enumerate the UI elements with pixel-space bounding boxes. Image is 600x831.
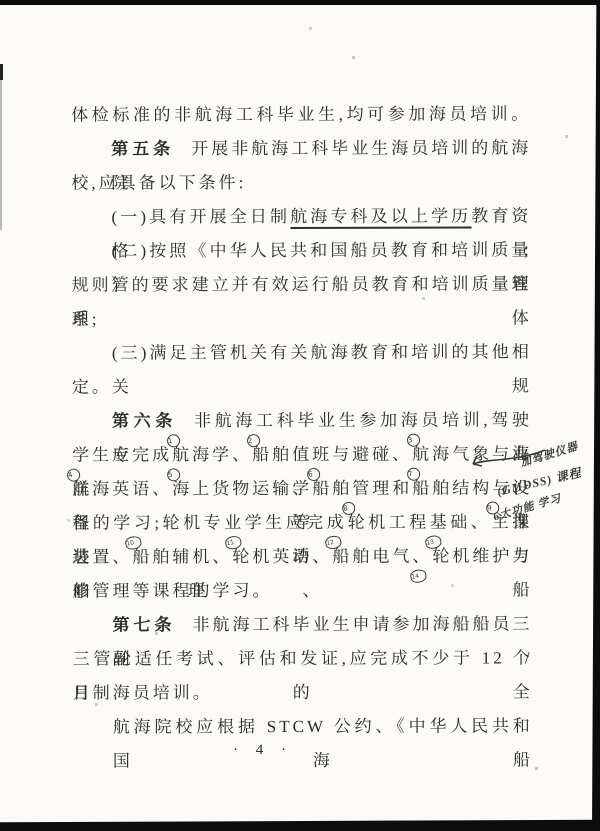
text-segment: 体检标准的非航海工科毕业生,均可参加海员培训。 [71, 104, 531, 124]
text-line: 体检标准的非航海工科毕业生,均可参加海员培训。 [71, 97, 531, 132]
text-segment: 学生应完成 [72, 445, 172, 464]
text-line: (二)按照《中华人民共和国船员教育和培训质量管理 [72, 233, 532, 268]
text-segment: 定。 [72, 377, 112, 396]
text-line: 规则》的要求建立并有效运行船员教育和培训质量管理体 [72, 267, 532, 302]
text-line: (一)具有开展全日制航海专科及以上学历教育资格; [71, 199, 531, 234]
scan-border-top [0, 0, 600, 5]
scan-noise [0, 0, 1, 1]
text-line: 装置、10船舶辅机、11轮机英语、12船舶电气、13轮机维护与修理、14船 [72, 539, 532, 574]
document-body: 体检标准的非航海工科毕业生,均可参加海员培训。第五条开展非航海工科毕业生海员培训… [71, 97, 533, 744]
text-segment: 船舶值班与避碰、 [252, 445, 412, 464]
text-segment: 海上货物运输、 [172, 479, 312, 498]
text-segment: 航海院校应根据 STCW 公约、《中华人民共和国海船 [113, 716, 533, 770]
scan-border-bottom [0, 820, 600, 831]
scan-border-right [592, 0, 600, 831]
text-line: 第七条非航海工科毕业生申请参加海船船员三副/ [72, 607, 532, 642]
text-segment: 轮机英语、 [232, 547, 332, 566]
text-line: 航海院校应根据 STCW 公约、《中华人民共和国海船 [73, 709, 533, 744]
text-segment: 校,应具备以下条件: [71, 173, 246, 192]
text-line: (三)满足主管机关有关航海教育和培训的其他相关规 [72, 335, 532, 370]
text-segment: 舶管理等课程的学习。 [72, 581, 272, 601]
text-line: 校,应具备以下条件: [71, 165, 531, 200]
text-segment: 船舶电气、 [332, 547, 432, 566]
text-segment: 日制海员培训。 [73, 683, 213, 702]
article-heading: 第五条 [111, 139, 174, 158]
text-segment: 装置、 [72, 547, 132, 566]
article-heading: 第七条 [113, 615, 176, 634]
text-segment: (一)具有开展全日制 [111, 207, 290, 226]
article-heading: 第六条 [112, 411, 177, 430]
page-number: · 4 · [233, 742, 293, 759]
text-line: 三管轮适任考试、评估和发证,应完成不少于 12 个月的全 [73, 641, 533, 676]
text-segment: 船舶管理和 [312, 479, 412, 498]
annotation-arrow-head [473, 456, 482, 466]
text-segment: (三)满足主管机关有关航海教育和培训的其他相关规 [112, 342, 532, 396]
text-line: 第五条开展非航海工科毕业生海员培训的航海院 [71, 131, 531, 166]
text-segment: 航海英语、 [72, 479, 172, 498]
text-segment: 船 [417, 580, 532, 599]
scan-edge-artifact [0, 80, 2, 230]
scan-edge-tick [0, 64, 3, 80]
scanned-document-page: 体检标准的非航海工科毕业生,均可参加海员培训。第五条开展非航海工科毕业生海员培训… [0, 0, 600, 831]
text-segment: 系; [72, 310, 100, 329]
text-segment: 航海学、 [172, 445, 252, 464]
underlined-text: 航海专科及以上学历 [290, 207, 471, 229]
text-segment: 程的学习;轮机专业学生应完成 [72, 513, 347, 533]
text-segment: 船舶辅机、 [132, 547, 232, 566]
text-segment: 规则》的要求建立并有效运行船员教育和培训质量管理体 [72, 274, 532, 328]
